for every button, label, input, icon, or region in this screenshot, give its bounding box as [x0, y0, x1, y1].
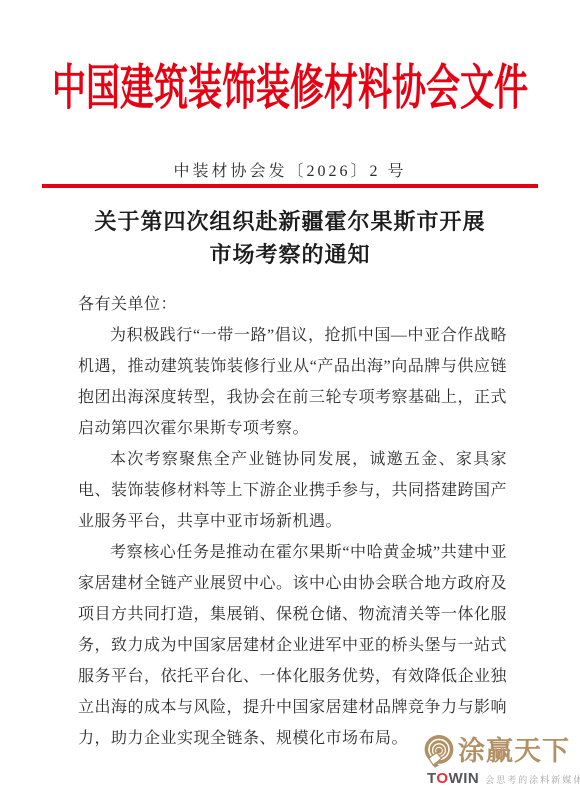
letterhead-title: 中国建筑装饰装修材料协会文件 [0, 58, 580, 122]
salutation: 各有关单位： [78, 289, 507, 320]
body-paragraph-2: 本次考察聚焦全产业链协同发展，诚邀五金、家具家电、装饰装修材料等上下游企业携手参… [78, 444, 507, 537]
document-number: 中装材协会发〔2026〕2 号 [0, 158, 580, 181]
notice-title: 关于第四次组织赴新疆霍尔果斯市开展 市场考察的通知 [0, 205, 580, 271]
towin-brush-swirl-icon [423, 733, 455, 769]
towin-letters-win: WIN [449, 770, 480, 787]
body-paragraph-3: 考察核心任务是推动在霍尔果斯“中哈黄金城”共建中亚家居建材全链产业展贸中心。该中… [78, 537, 507, 754]
towin-brand-latin: TOWIN [427, 771, 479, 786]
notice-title-line1: 关于第四次组织赴新疆霍尔果斯市开展 [0, 205, 580, 238]
towin-brand-chinese: 涂赢天下 [458, 738, 570, 765]
towin-letter-o: O [436, 770, 448, 787]
towin-tagline: 会思考的涂料新媒体 [485, 776, 580, 785]
towin-watermark: 涂赢天下 TOWIN 会思考的涂料新媒体 [423, 733, 578, 786]
letterhead-title-text: 中国建筑装饰装修材料协会文件 [52, 45, 528, 136]
document-body: 各有关单位： 为积极践行“一带一路”倡议，抢抓中国—中亚合作战略机遇，推动建筑装… [78, 289, 507, 754]
towin-letter-t: T [427, 770, 436, 787]
notice-title-line2: 市场考察的通知 [0, 238, 580, 271]
red-divider-line [42, 184, 538, 188]
body-paragraph-1: 为积极践行“一带一路”倡议，抢抓中国—中亚合作战略机遇，推动建筑装饰装修行业从“… [78, 320, 507, 444]
